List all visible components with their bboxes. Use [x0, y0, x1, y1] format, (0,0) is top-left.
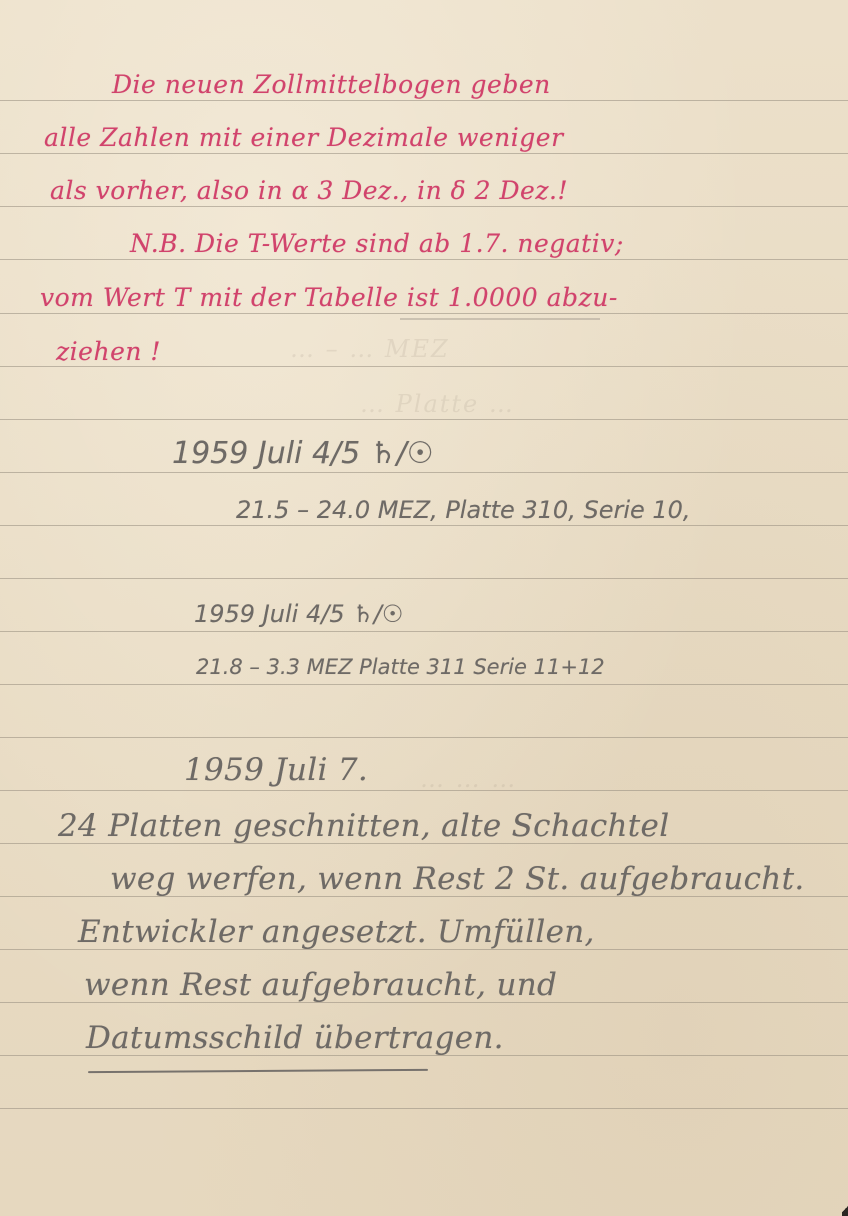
bleed-through-text: … – … MEZ — [290, 335, 450, 363]
ruled-line — [0, 578, 848, 579]
ruled-line — [0, 419, 848, 420]
entry-detail: 21.8 – 3.3 MEZ Platte 311 Serie 11+12 — [196, 655, 605, 679]
pencil-underline-faint — [400, 318, 600, 320]
entry-body-line: Entwickler angesetzt. Umfüllen, — [78, 914, 595, 950]
red-note-line: vom Wert T mit der Tabelle ist 1.0000 ab… — [40, 283, 618, 312]
entry-detail: 21.5 – 24.0 MEZ, Platte 310, Serie 10, — [236, 496, 691, 524]
entry-body-line: Datumsschild übertragen. — [86, 1020, 504, 1056]
entry-heading: 1959 Juli 4/5 ♄/☉ — [172, 436, 434, 471]
ruled-line — [0, 684, 848, 685]
red-note-line: alle Zahlen mit einer Dezimale weniger — [44, 123, 564, 152]
ruled-line — [0, 737, 848, 738]
ruled-line — [0, 1108, 848, 1109]
entry-heading: 1959 Juli 7. — [184, 752, 368, 788]
entry-heading: 1959 Juli 4/5 ♄/☉ — [194, 600, 403, 628]
ruled-line — [0, 472, 848, 473]
ruled-line — [0, 313, 848, 314]
page-corner — [842, 1202, 848, 1216]
bleed-through-text: … Platte … — [360, 390, 515, 418]
entry-body-line: wenn Rest aufgebraucht, und — [84, 967, 557, 1003]
red-note-line: als vorher, also in α 3 Dez., in δ 2 Dez… — [50, 176, 568, 205]
entry-body-line: 24 Platten geschnitten, alte Schachtel — [58, 808, 669, 844]
ruled-line — [0, 206, 848, 207]
bleed-through-text: … … … — [420, 765, 517, 793]
ruled-line — [0, 631, 848, 632]
entry-body-line: weg werfen, wenn Rest 2 St. aufgebraucht… — [110, 861, 804, 897]
ruled-line — [0, 259, 848, 260]
ruled-line — [0, 153, 848, 154]
red-note-line: ziehen ! — [56, 337, 161, 366]
ruled-line — [0, 366, 848, 367]
underline-datumsschild — [88, 1069, 428, 1073]
ruled-line — [0, 100, 848, 101]
red-note-line: Die neuen Zollmittelbogen geben — [112, 70, 551, 99]
notebook-page: … – … MEZ … Platte … … … … Die neuen Zol… — [0, 0, 848, 1216]
red-note-line: N.B. Die T-Werte sind ab 1.7. negativ; — [130, 229, 624, 258]
ruled-line — [0, 525, 848, 526]
